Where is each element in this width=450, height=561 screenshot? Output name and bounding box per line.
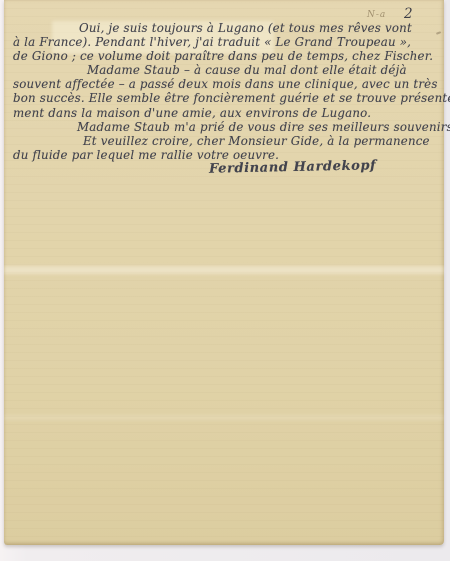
page-number: 2 <box>404 6 413 22</box>
paper-fold-crease <box>4 266 444 274</box>
paper-fold-crease-lower <box>4 415 444 420</box>
scanned-letter-page: N-a 2 Oui, je suis toujours à Lugano (et… <box>0 0 450 561</box>
letter-line: Oui, je suis toujours à Lugano (et tous … <box>13 21 441 35</box>
letter-paper: N-a 2 Oui, je suis toujours à Lugano (et… <box>4 0 444 545</box>
letter-line: Et veuillez croire, cher Monsieur Gide, … <box>13 134 441 148</box>
letter-line: ment dans la maison d'une amie, aux envi… <box>13 106 441 120</box>
letter-line: du fluide par lequel me rallie votre oeu… <box>13 148 441 162</box>
letter-line: Madame Staub – à cause du mal dont elle … <box>13 63 441 77</box>
letter-line: souvent affectée – a passé deux mois dan… <box>13 77 441 91</box>
signature: Ferdinand Hardekopf <box>209 158 377 177</box>
letter-line: bon succès. Elle semble être foncièremen… <box>13 91 441 105</box>
pencil-annotation: N-a <box>367 10 386 20</box>
letter-line: Madame Staub m'a prié de vous dire ses m… <box>13 120 441 134</box>
letter-line: de Giono ; ce volume doit paraître dans … <box>13 49 441 63</box>
letter-body-text: Oui, je suis toujours à Lugano (et tous … <box>13 21 441 162</box>
letter-line: à la France). Pendant l'hiver, j'ai trad… <box>13 35 441 49</box>
